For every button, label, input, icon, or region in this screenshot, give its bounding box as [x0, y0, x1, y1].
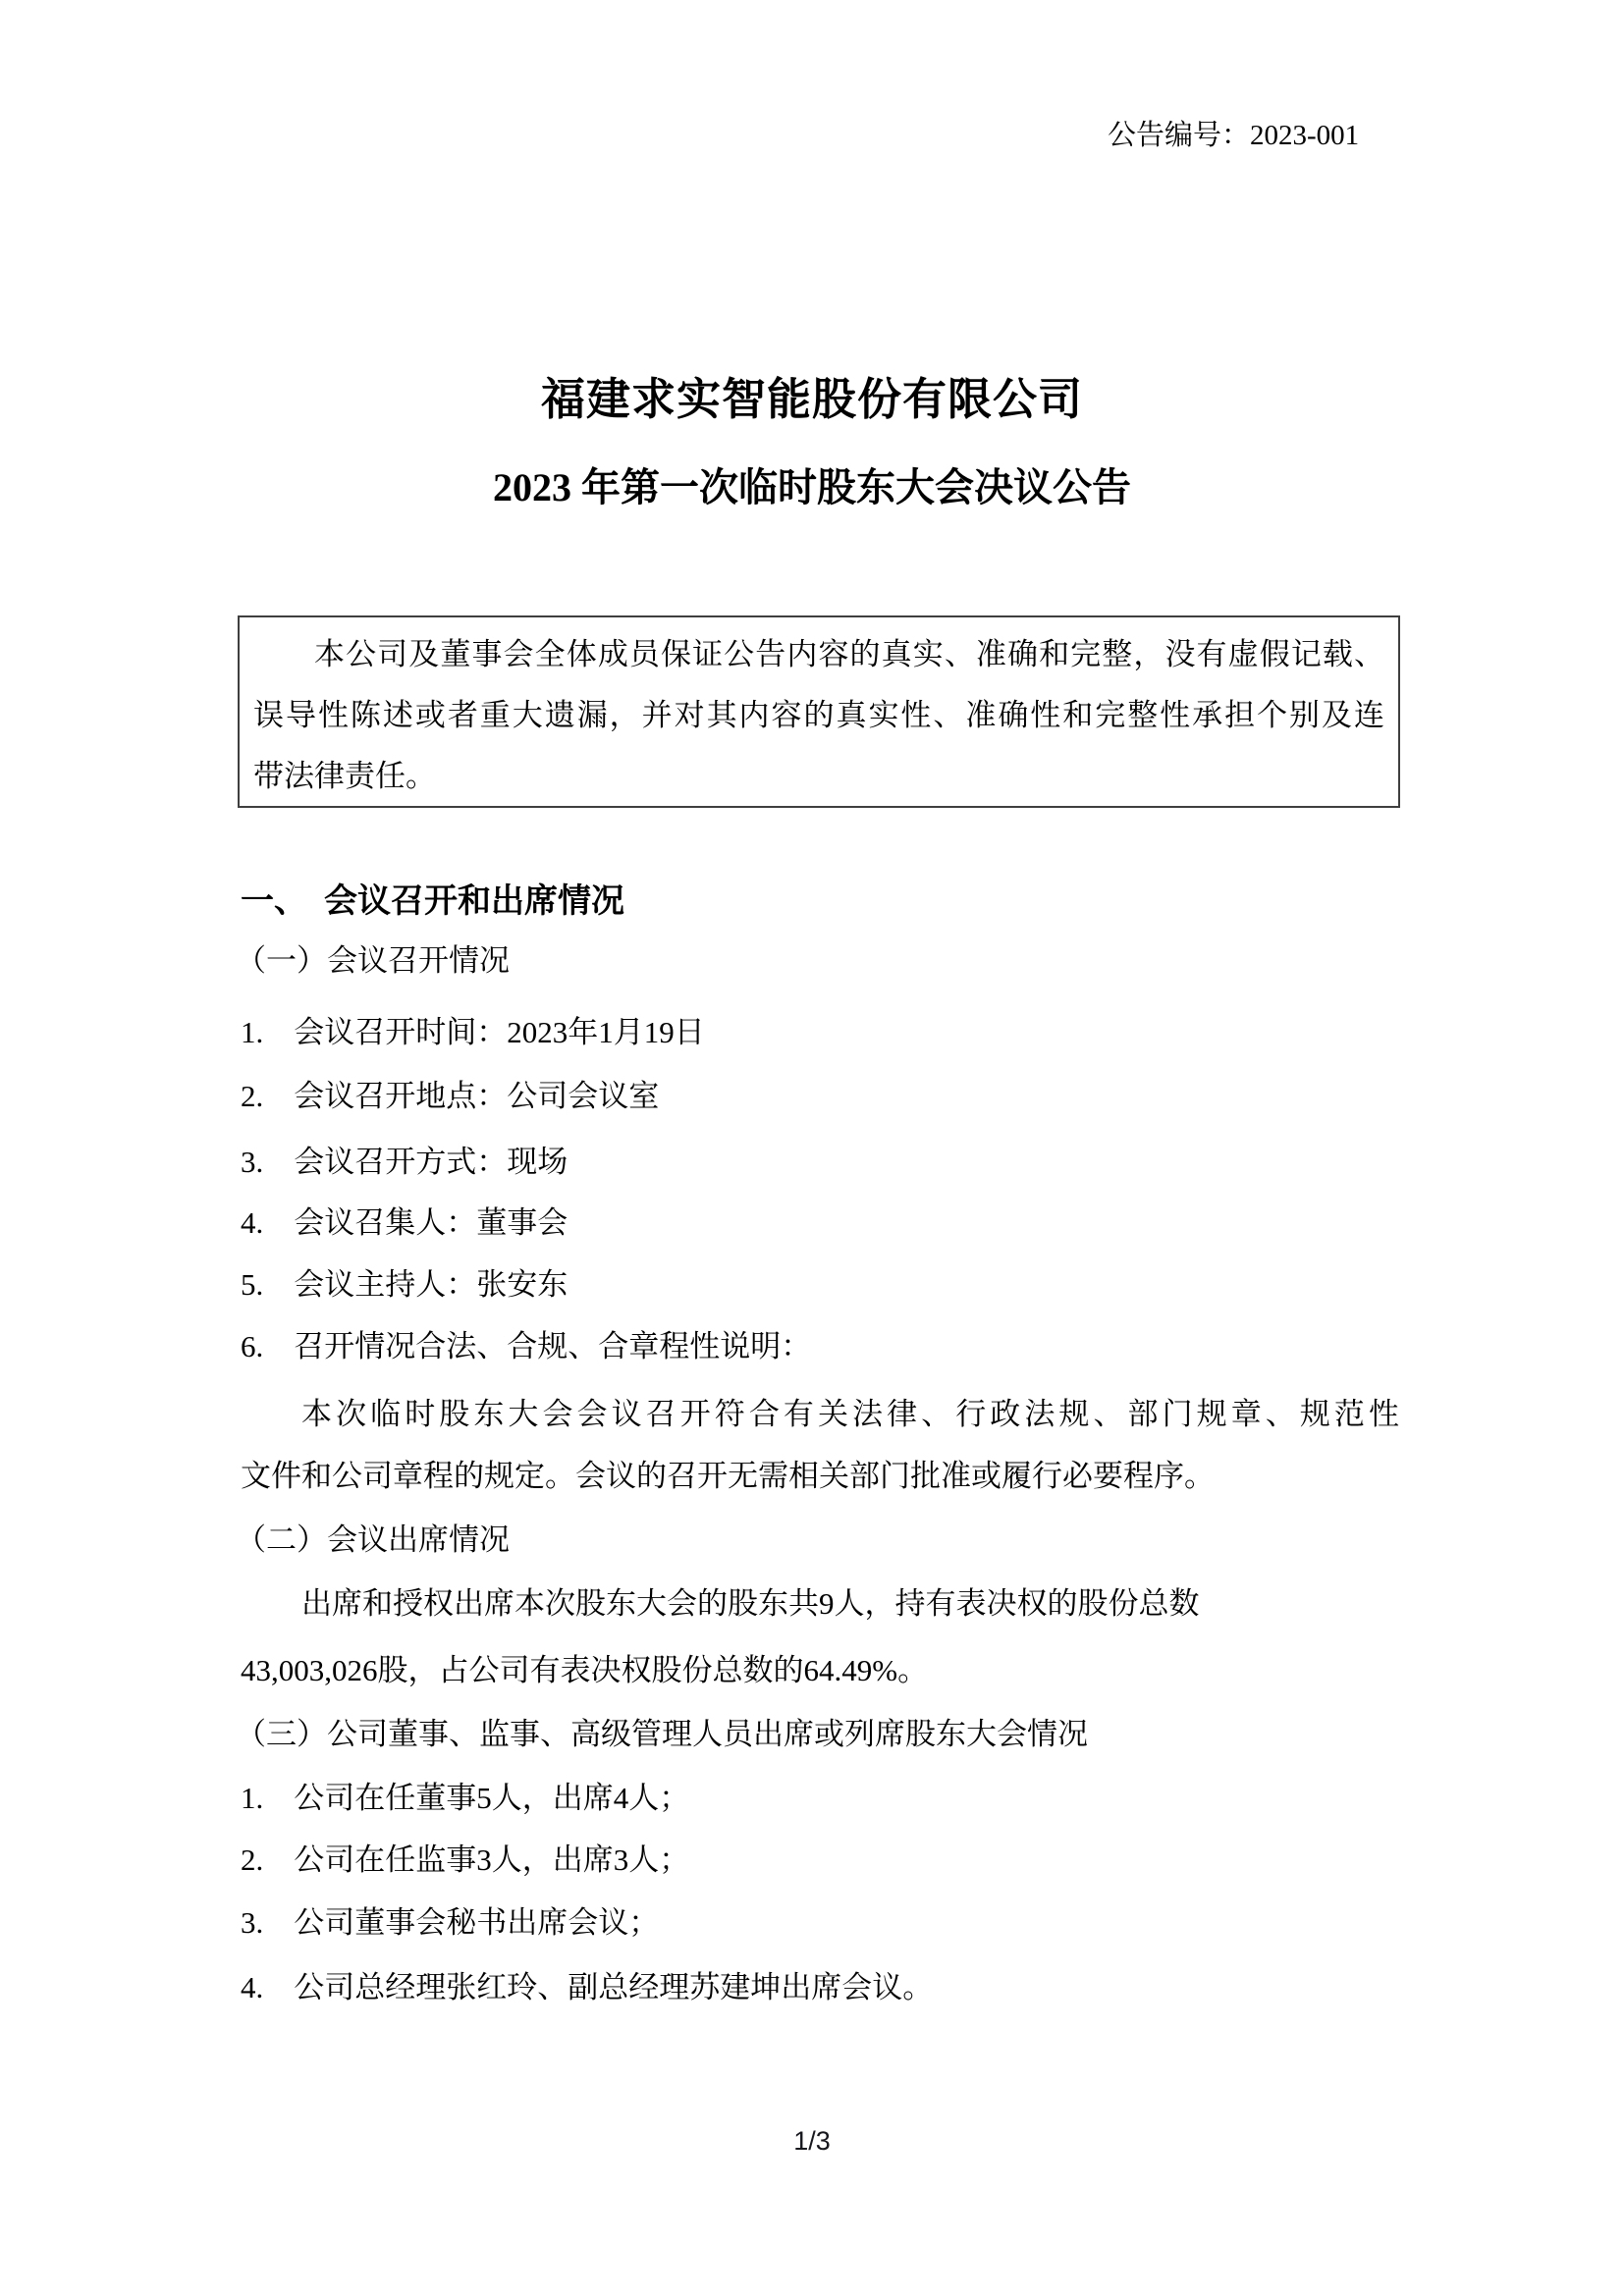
page-number: 1/3 — [0, 2126, 1624, 2157]
document-subtitle: 2023 年第一次临时股东大会决议公告 — [0, 463, 1624, 512]
disclaimer-line: 本公司及董事会全体成员保证公告内容的真实、准确和完整，没有虚假记载、 — [253, 624, 1384, 685]
attendee-item: 1. 公司在任董事5人，出席4人； — [241, 1779, 1399, 1818]
legality-note-line: 文件和公司章程的规定。会议的召开无需相关部门批准或履行必要程序。 — [241, 1456, 1399, 1497]
attendee-item: 4. 公司总经理张红玲、副总经理苏建坤出席会议。 — [241, 1968, 1399, 2007]
subsection-2-heading: （二）会议出席情况 — [236, 1521, 1394, 1560]
section-1-heading: 一、 会议召开和出席情况 — [241, 881, 1399, 921]
attendee-item: 2. 公司在任监事3人，出席3人； — [241, 1841, 1399, 1880]
document-title: 福建求实智能股份有限公司 — [0, 373, 1624, 426]
disclaimer-line: 误导性陈述或者重大遗漏，并对其内容的真实性、准确性和完整性承担个别及连 — [253, 685, 1384, 746]
meeting-info-item: 3. 会议召开方式：现场 — [241, 1143, 1399, 1182]
disclaimer-box: 本公司及董事会全体成员保证公告内容的真实、准确和完整，没有虚假记载、 误导性陈述… — [238, 615, 1400, 808]
meeting-info-item: 1. 会议召开时间：2023年1月19日 — [241, 1013, 1399, 1052]
attendance-note-line: 43,003,026股，占公司有表决权股份总数的64.49%。 — [241, 1650, 1399, 1691]
disclaimer-line: 带法律责任。 — [253, 746, 1384, 807]
announcement-page: 公告编号：2023-001 福建求实智能股份有限公司 2023 年第一次临时股东… — [0, 0, 1624, 2296]
meeting-info-item: 6. 召开情况合法、合规、合章程性说明： — [241, 1327, 1399, 1366]
subsection-3-heading: （三）公司董事、监事、高级管理人员出席或列席股东大会情况 — [236, 1715, 1394, 1754]
meeting-info-item: 2. 会议召开地点：公司会议室 — [241, 1077, 1399, 1116]
legality-note-line: 本次临时股东大会会议召开符合有关法律、行政法规、部门规章、规范性 — [241, 1394, 1399, 1435]
meeting-info-item: 4. 会议召集人：董事会 — [241, 1203, 1399, 1243]
subsection-1-heading: （一）会议召开情况 — [236, 941, 1394, 981]
attendee-item: 3. 公司董事会秘书出席会议； — [241, 1903, 1399, 1943]
attendance-note-line: 出席和授权出席本次股东大会的股东共9人，持有表决权的股份总数 — [241, 1583, 1399, 1625]
doc-number: 公告编号：2023-001 — [1108, 116, 1359, 155]
meeting-info-item: 5. 会议主持人：张安东 — [241, 1265, 1399, 1305]
